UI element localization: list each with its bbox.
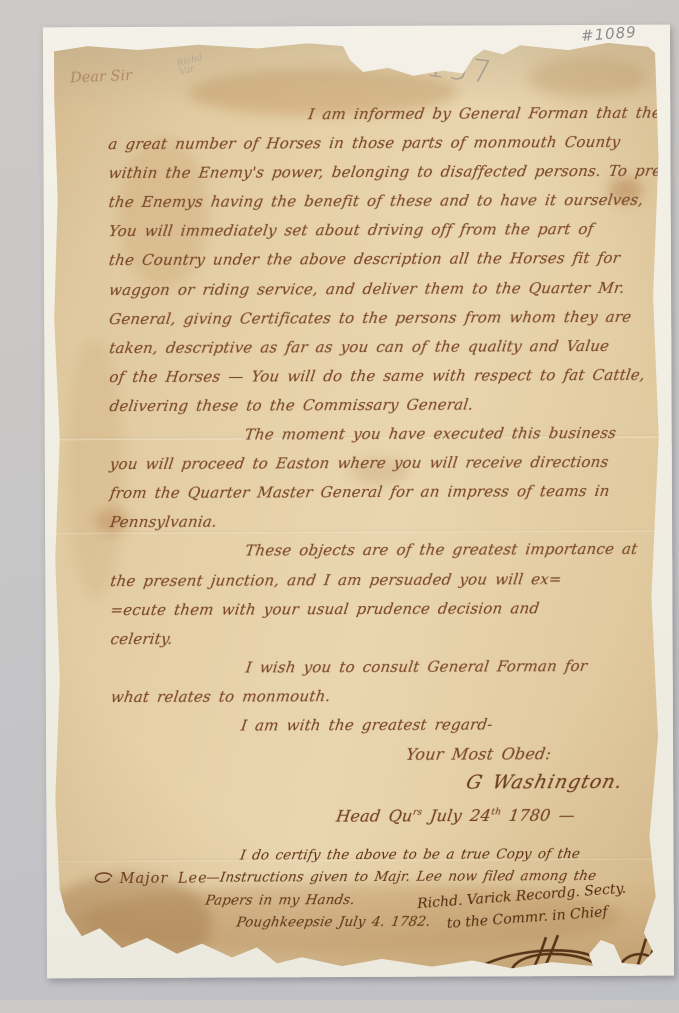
paraph-flourish-icon: [450, 927, 665, 1000]
document-paper: 157 Richd Var Dear Sir I am informed by …: [48, 37, 664, 974]
letter-line: what relates to monmouth.: [109, 681, 653, 712]
letter-line: You will immediately set about driving o…: [107, 215, 651, 246]
letter-line: a great number of Horses in those parts …: [107, 128, 651, 159]
letter-line: I wish you to consult General Forman for: [244, 651, 653, 682]
pencil-note: Richd Var: [176, 54, 206, 78]
letter-line: the Enemys having the benefit of these a…: [107, 186, 651, 217]
paper-stain: [528, 57, 648, 98]
letter-line: the Country under the above description …: [107, 244, 651, 275]
washington-signature: G Washington.: [464, 768, 653, 799]
letter-line: taken, descriptive as far as you can of …: [107, 331, 651, 362]
letter-body: I am informed by General Forman that the…: [106, 99, 649, 832]
letter-line: waggon or riding service, and deliver th…: [107, 273, 651, 304]
letter-line: These objects are of the greatest import…: [243, 535, 652, 566]
letter-line: of the Horses — You will do the same wit…: [108, 361, 652, 392]
letter-line: General, giving Certificates to the pers…: [107, 302, 651, 333]
salutation: Dear Sir: [70, 68, 132, 86]
letter-dateline: Head Qurs July 24th 1780 —: [334, 798, 653, 831]
letter-line: Pennsylvania.: [108, 506, 652, 537]
closing-line: I am with the greatest regard-: [239, 710, 653, 741]
letter-line: the present junction, and I am persuaded…: [108, 564, 652, 595]
mat-board: #1089 157 Richd Var Dear Sir I am inform…: [43, 25, 674, 979]
letter-line: I am informed by General Forman that the…: [306, 99, 650, 130]
letter-line: celerity.: [109, 622, 653, 653]
letter-line: you will proceed to Easton where you wil…: [108, 448, 652, 479]
letter-line: within the Enemy's power, belonging to d…: [107, 157, 651, 188]
letter-line: The moment you have executed this busine…: [243, 419, 652, 450]
letter-line: delivering these to the Commissary Gener…: [108, 390, 652, 421]
letter-line: =ecute them with your usual prudence dec…: [109, 593, 653, 624]
catalog-number-pencil: #1089: [580, 23, 637, 45]
certification-line: I do certify the above to be a true Copy…: [239, 843, 667, 867]
photo-background: #1089 157 Richd Var Dear Sir I am inform…: [0, 0, 679, 1000]
letter-line: from the Quarter Master General for an i…: [108, 477, 652, 508]
closing-obedient-line: Your Most Obed:: [404, 739, 653, 769]
